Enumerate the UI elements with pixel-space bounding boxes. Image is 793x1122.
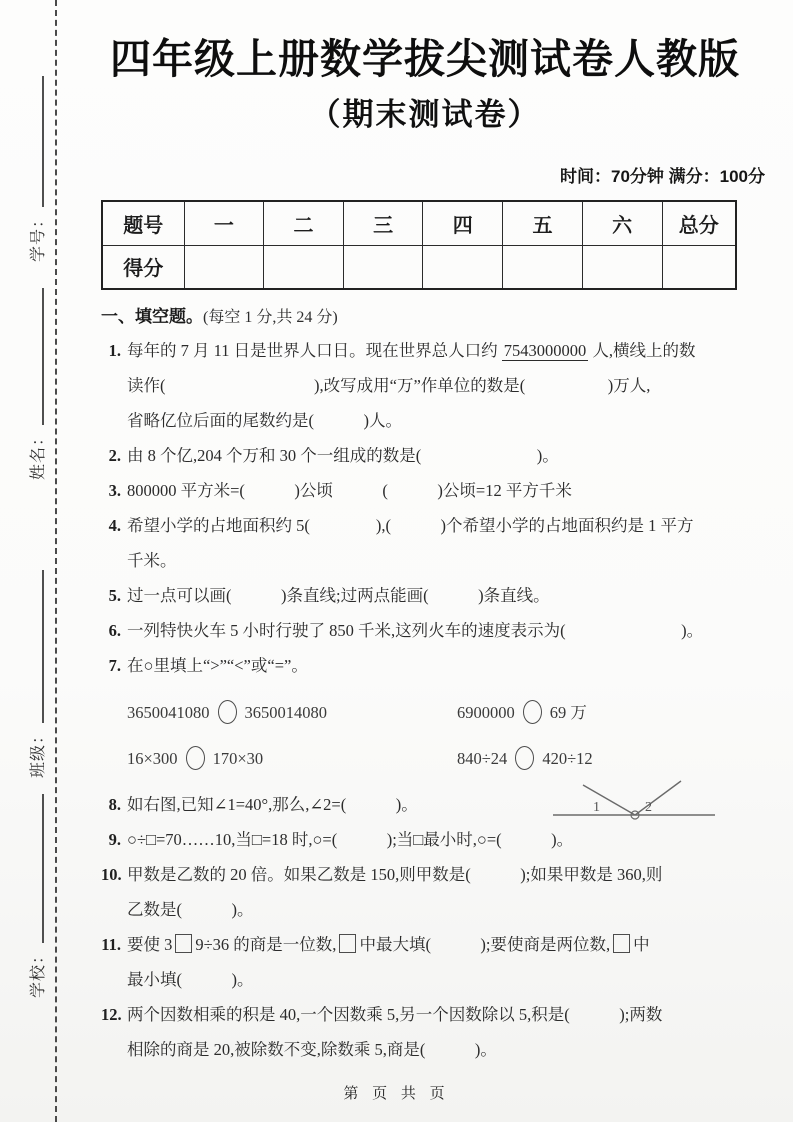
score-col-5: 五	[503, 201, 583, 245]
question-1-number: 1.	[101, 333, 121, 368]
comparison-4-right: 420÷12	[542, 749, 592, 768]
question-8-number: 8.	[101, 787, 121, 822]
sidebar-dashed-line	[55, 0, 57, 1122]
school-label: 学校：	[25, 947, 48, 998]
class-blank-line	[42, 570, 44, 723]
question-5: 5. 过一点可以画( )条直线;过两点能画( )条直线。	[101, 578, 765, 613]
question-11-line2: 最小填( )。	[101, 962, 765, 997]
question-9-number: 9.	[101, 822, 121, 857]
question-2-text: 由 8 个亿,204 个万和 30 个一组成的数是( )。	[127, 446, 559, 465]
question-9: 9. ○÷□=70……10,当□=18 时,○=( );当□最小时,○=( )。	[101, 822, 765, 857]
footer-page-label: 第 页 共 页	[0, 1082, 793, 1103]
question-10-line2: 乙数是( )。	[101, 892, 765, 927]
school-blank-line	[42, 794, 44, 943]
compare-circle	[218, 700, 237, 724]
question-11-number: 11.	[101, 927, 121, 962]
section-heading-title: 一、填空题。	[101, 307, 203, 326]
question-11-text-b: 9÷36 的商是一位数,	[195, 935, 336, 954]
page-subtitle: （期末测试卷）	[85, 94, 765, 136]
question-3-number: 3.	[101, 473, 121, 508]
comparison-1-left: 3650041080	[127, 703, 210, 722]
question-12-line2: 相除的商是 20,被除数不变,除数乘 5,商是( )。	[101, 1032, 765, 1067]
question-7-number: 7.	[101, 648, 121, 683]
question-3: 3. 800000 平方米=( )公顷 ( )公顷=12 平方千米	[101, 473, 765, 508]
question-3-text: 800000 平方米=( )公顷 ( )公顷=12 平方千米	[127, 481, 572, 500]
question-9-text: ○÷□=70……10,当□=18 时,○=( );当□最小时,○=( )。	[127, 830, 573, 849]
score-table: 题号 一 二 三 四 五 六 总分 得分	[101, 200, 737, 290]
student-id-blank-line	[42, 76, 44, 207]
student-id-label: 学号：	[25, 211, 48, 262]
question-5-text: 过一点可以画( )条直线;过两点能画( )条直线。	[127, 586, 550, 605]
compare-circle	[515, 746, 534, 770]
score-table-corner: 题号	[102, 201, 184, 245]
comparison-3-left: 16×300	[127, 749, 178, 768]
population-number-underlined: 7543000000	[502, 341, 589, 361]
question-1-text-pre: 每年的 7 月 11 日是世界人口日。现在世界总人口约	[127, 341, 502, 360]
score-cell	[582, 245, 662, 289]
blank-box	[339, 934, 356, 953]
question-1-line2: 读作( ),改写成用“万”作单位的数是( )万人,	[101, 368, 765, 403]
name-blank-line	[42, 288, 44, 425]
comparison-2-right: 69 万	[550, 703, 587, 722]
question-4-line1: 希望小学的占地面积约 5( ),( )个希望小学的占地面积约是 1 平方	[127, 516, 693, 535]
compare-circle	[523, 700, 542, 724]
score-cell	[343, 245, 423, 289]
page-title: 四年级上册数学拔尖测试卷人教版	[85, 34, 765, 84]
name-label: 姓名：	[25, 429, 48, 480]
score-col-1: 一	[184, 201, 264, 245]
blank-box	[613, 934, 630, 953]
blank-box	[175, 934, 192, 953]
score-col-4: 四	[423, 201, 503, 245]
score-cell	[423, 245, 503, 289]
question-11-text-a: 要使 3	[127, 935, 172, 954]
sidebar-field-student-id: 学号：	[22, 74, 48, 262]
score-cell	[503, 245, 583, 289]
exam-time-score-meta: 时间：70分钟 满分：100分	[85, 166, 765, 188]
question-12: 12. 两个因数相乘的积是 40,一个因数乘 5,另一个因数除以 5,积是( )…	[101, 997, 765, 1032]
class-label: 班级：	[25, 727, 48, 778]
question-11-text-d: 中	[633, 935, 650, 954]
comparison-item-4: 840÷24420÷12	[457, 739, 765, 779]
question-8-text: 如右图,已知∠1=40°,那么,∠2=( )。	[127, 795, 418, 814]
angle-figure: 1 2	[545, 775, 723, 825]
comparison-1-right: 3650014080	[245, 703, 328, 722]
score-col-6: 六	[582, 201, 662, 245]
angle-1-label: 1	[593, 800, 600, 815]
comparison-4-left: 840÷24	[457, 749, 507, 768]
score-cell	[264, 245, 344, 289]
question-1: 1. 每年的 7 月 11 日是世界人口日。现在世界总人口约 754300000…	[101, 333, 765, 368]
comparison-grid: 36500410803650014080 690000069 万 16×3001…	[127, 693, 765, 779]
question-11-text-c: 中最大填( );要使商是两位数,	[359, 935, 610, 954]
score-table-score-row: 得分	[102, 245, 736, 289]
question-6-number: 6.	[101, 613, 121, 648]
score-col-2: 二	[264, 201, 344, 245]
question-10-number: 10.	[101, 857, 121, 892]
score-cell	[184, 245, 264, 289]
question-5-number: 5.	[101, 578, 121, 613]
question-2: 2. 由 8 个亿,204 个万和 30 个一组成的数是( )。	[101, 438, 765, 473]
score-row-label: 得分	[102, 245, 184, 289]
section-heading-points: (每空 1 分,共 24 分)	[203, 309, 338, 326]
comparison-item-3: 16×300170×30	[127, 739, 457, 779]
question-12-number: 12.	[101, 997, 121, 1032]
question-1-text-post: 人,横线上的数	[588, 341, 695, 360]
question-8: 8. 如右图,已知∠1=40°,那么,∠2=( )。 1 2	[101, 787, 765, 822]
question-7-text: 在○里填上“>”“<”或“=”。	[127, 656, 308, 675]
sidebar-field-school: 学校：	[22, 792, 48, 998]
score-col-total: 总分	[662, 201, 736, 245]
compare-circle	[186, 746, 205, 770]
comparison-item-1: 36500410803650014080	[127, 693, 457, 733]
question-2-number: 2.	[101, 438, 121, 473]
comparison-3-right: 170×30	[213, 749, 264, 768]
question-10-line1: 甲数是乙数的 20 倍。如果乙数是 150,则甲数是( );如果甲数是 360,…	[127, 865, 662, 884]
fill-in-blank-questions: 1. 每年的 7 月 11 日是世界人口日。现在世界总人口约 754300000…	[101, 333, 765, 1067]
question-7: 7. 在○里填上“>”“<”或“=”。	[101, 648, 765, 683]
score-table-header-row: 题号 一 二 三 四 五 六 总分	[102, 201, 736, 245]
angle-2-label: 2	[645, 800, 652, 815]
sidebar-field-class: 班级：	[22, 568, 48, 778]
question-6-text: 一列特快火车 5 小时行驶了 850 千米,这列火车的速度表示为( )。	[127, 621, 703, 640]
question-12-line1: 两个因数相乘的积是 40,一个因数乘 5,另一个因数除以 5,积是( );两数	[127, 1005, 662, 1024]
comparison-2-left: 6900000	[457, 703, 515, 722]
question-4: 4. 希望小学的占地面积约 5( ),( )个希望小学的占地面积约是 1 平方	[101, 508, 765, 543]
question-4-line2: 千米。	[101, 543, 765, 578]
question-10: 10. 甲数是乙数的 20 倍。如果乙数是 150,则甲数是( );如果甲数是 …	[101, 857, 765, 892]
question-4-number: 4.	[101, 508, 121, 543]
comparison-item-2: 690000069 万	[457, 693, 765, 733]
sidebar-field-name: 姓名：	[22, 286, 48, 480]
question-1-line3: 省略亿位后面的尾数约是( )人。	[101, 403, 765, 438]
score-col-3: 三	[343, 201, 423, 245]
section-one-heading: 一、填空题。(每空 1 分,共 24 分)	[101, 304, 765, 331]
question-6: 6. 一列特快火车 5 小时行驶了 850 千米,这列火车的速度表示为( )。	[101, 613, 765, 648]
exam-page: 四年级上册数学拔尖测试卷人教版 （期末测试卷） 时间：70分钟 满分：100分 …	[85, 0, 765, 1067]
score-cell	[662, 245, 736, 289]
question-11: 11. 要使 39÷36 的商是一位数,中最大填( );要使商是两位数,中	[101, 927, 765, 962]
